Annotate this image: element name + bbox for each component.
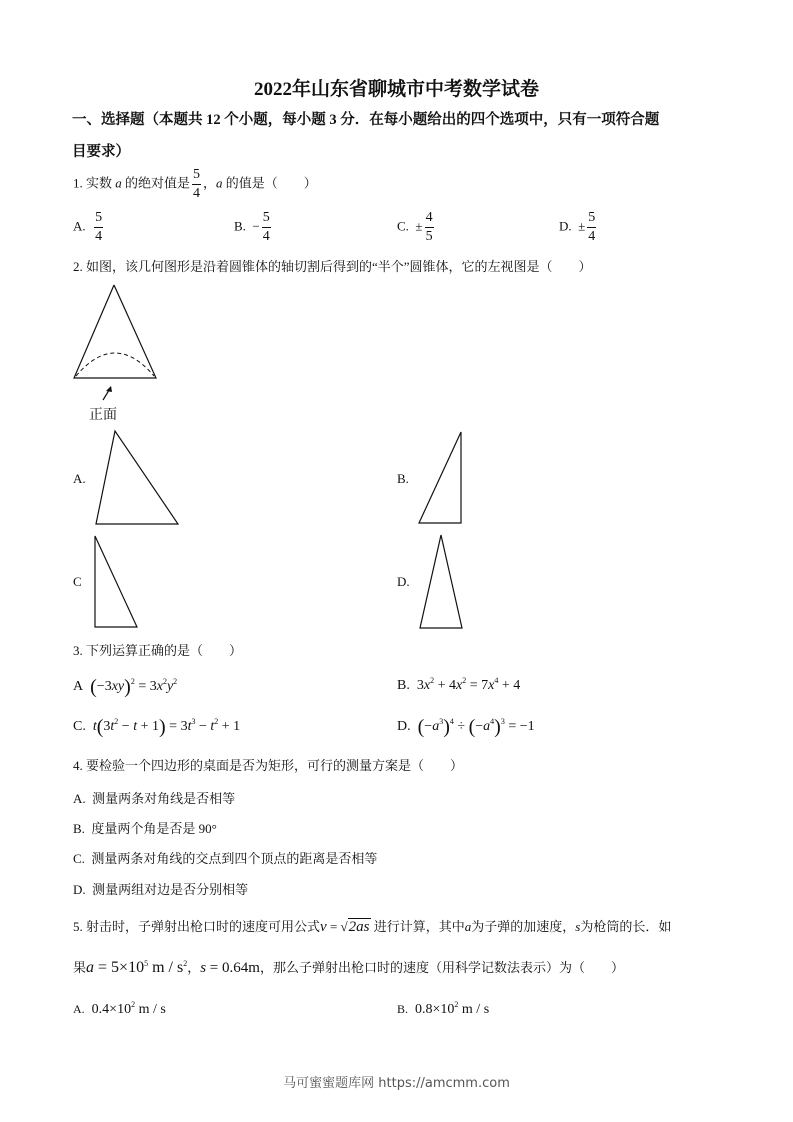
- q3-option-a[interactable]: A (−3xy)2 = 3x2y2: [73, 676, 177, 699]
- q5-option-a[interactable]: A. 0.4×102 m / s: [73, 1000, 166, 1018]
- q4-option-b[interactable]: B. 度量两个角是否是 90°: [73, 818, 217, 837]
- question-4: 4. 要检验一个四边形的桌面是否为矩形，可行的测量方案是（ ）: [73, 755, 463, 774]
- q4-option-d[interactable]: D. 测量两组对边是否分别相等: [73, 879, 248, 898]
- question-3: 3. 下列运算正确的是（ ）: [73, 640, 242, 659]
- question-5-line2: 果a = 5×105 m / s2，s = 0.64m，那么子弹射出枪口时的速度…: [73, 957, 624, 977]
- footer-watermark: 马可蜜蜜题库网 https://amcmm.com: [0, 1072, 793, 1091]
- q4-option-c[interactable]: C. 测量两条对角线的交点到四个顶点的距离是否相等: [73, 848, 377, 867]
- q3-option-b[interactable]: B. 3x2 + 4x2 = 7x4 + 4: [397, 676, 520, 694]
- q3-option-c[interactable]: C. t(3t2 − t + 1) = 3t3 − t2 + 1: [73, 716, 240, 739]
- q5-option-b[interactable]: B. 0.8×102 m / s: [397, 1000, 489, 1018]
- q4-option-a[interactable]: A. 测量两条对角线是否相等: [73, 788, 235, 807]
- narrow-triangle-icon[interactable]: [0, 0, 793, 1122]
- q3-option-d[interactable]: D. (−a3)4 ÷ (−a4)3 = −1: [397, 716, 535, 739]
- question-5-line1: 5. 射击时，子弹射出枪口时的速度可用公式v = √2as 进行计算，其中a为子…: [73, 916, 671, 936]
